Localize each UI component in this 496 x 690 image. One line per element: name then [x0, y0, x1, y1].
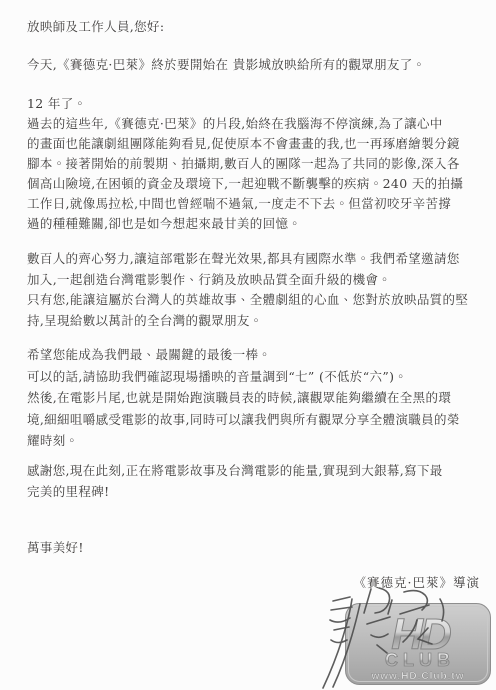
watermark-url-text: www.HD.Club.tw	[370, 671, 464, 682]
greeting: 放映師及工作人員,您好:	[27, 17, 479, 37]
letter-line: 的畫面也能讓劇組團隊能夠看見,促使原本不會畫畫的我,也一再琢磨繪製分鏡	[27, 134, 479, 154]
paragraph-opening: 今天,《賽德克·巴萊》終於要開始在 貴影城放映給所有的觀眾朋友了。	[27, 55, 479, 75]
closing-wish: 萬事美好!	[27, 538, 479, 558]
watermark-club-text: CLUB	[385, 650, 455, 670]
letter-line: 12 年了。	[27, 94, 479, 114]
letter-line: 耀時刻。	[27, 430, 479, 452]
paragraph-twelve-years: 12 年了。 過去的這些年,《賽德克·巴萊》的片段,始終在我腦海不停演練,為了讓…	[27, 94, 479, 234]
letter-line: 腳本。接著開始的前製期、拍攝期,數百人的團隊一起為了共同的影像,深入各	[27, 154, 479, 174]
letter-line: 數百人的齊心努力,讓這部電影在聲光效果,都具有國際水準。我們希望邀請您	[27, 249, 479, 270]
paragraph-thanks: 感謝您,現在此刻,正在將電影故事及台灣電影的能量,實現到大銀幕,寫下最 完美的里…	[27, 460, 479, 502]
letter-line: 境,細細咀嚼感受電影的故事,同時可以讓我們與所有觀眾分享全體演職員的榮	[27, 409, 479, 431]
letter-line: 工作日,就像馬拉松,中間也曾經喘不過氣,一度走不下去。但當初咬牙辛苦撐	[27, 194, 479, 214]
letter-line: 可以的話,請協助我們確認現場播映的音量調到“七” (不低於“六”)。	[27, 366, 479, 388]
letter-line: 個高山險境,在困頓的資金及環境下,一起迎戰不斷襲擊的疾病。240 天的拍攝	[27, 174, 479, 194]
letter-line: 感謝您,現在此刻,正在將電影故事及台灣電影的能量,實現到大銀幕,寫下最	[27, 460, 479, 481]
hdclub-watermark-logo: HD CLUB www.HD.Club.tw	[344, 602, 492, 686]
paragraph-team-effort: 數百人的齊心努力,讓這部電影在聲光效果,都具有國際水準。我們希望邀請您 加入,一…	[27, 249, 479, 331]
letter-line: 過去的這些年,《賽德克·巴萊》的片段,始終在我腦海不停演練,為了讓心中	[27, 114, 479, 134]
letter-line: 只有您,能讓這屬於台灣人的英雄故事、全體劇組的心血、您對於放映品質的堅	[27, 290, 479, 311]
letter-page: 放映師及工作人員,您好: 今天,《賽德克·巴萊》終於要開始在 貴影城放映給所有的…	[0, 0, 496, 690]
letter-line: 過的種種難關,卻也是如今想起來最甘美的回憶。	[27, 214, 479, 234]
director-signoff: 《賽德克·巴萊》導演	[0, 574, 480, 592]
letter-line: 加入,一起創造台灣電影製作、行銷及放映品質全面升級的機會。	[27, 270, 479, 291]
letter-line: 完美的里程碑!	[27, 481, 479, 502]
letter-line: 放映師及工作人員,您好:	[27, 17, 479, 37]
paragraph-request: 希望您能成為我們最、最關鍵的最後一棒。 可以的話,請協助我們確認現場播映的音量調…	[27, 344, 479, 452]
letter-line: 然後,在電影片尾,也就是開始跑演職員表的時候,讓觀眾能夠繼續在全黑的環	[27, 387, 479, 409]
letter-line: 今天,《賽德克·巴萊》終於要開始在 貴影城放映給所有的觀眾朋友了。	[27, 55, 479, 75]
letter-line: 持,呈現給數以萬計的全台灣的觀眾朋友。	[27, 311, 479, 332]
letter-line: 萬事美好!	[27, 538, 479, 558]
letter-line: 希望您能成為我們最、最關鍵的最後一棒。	[27, 344, 479, 366]
